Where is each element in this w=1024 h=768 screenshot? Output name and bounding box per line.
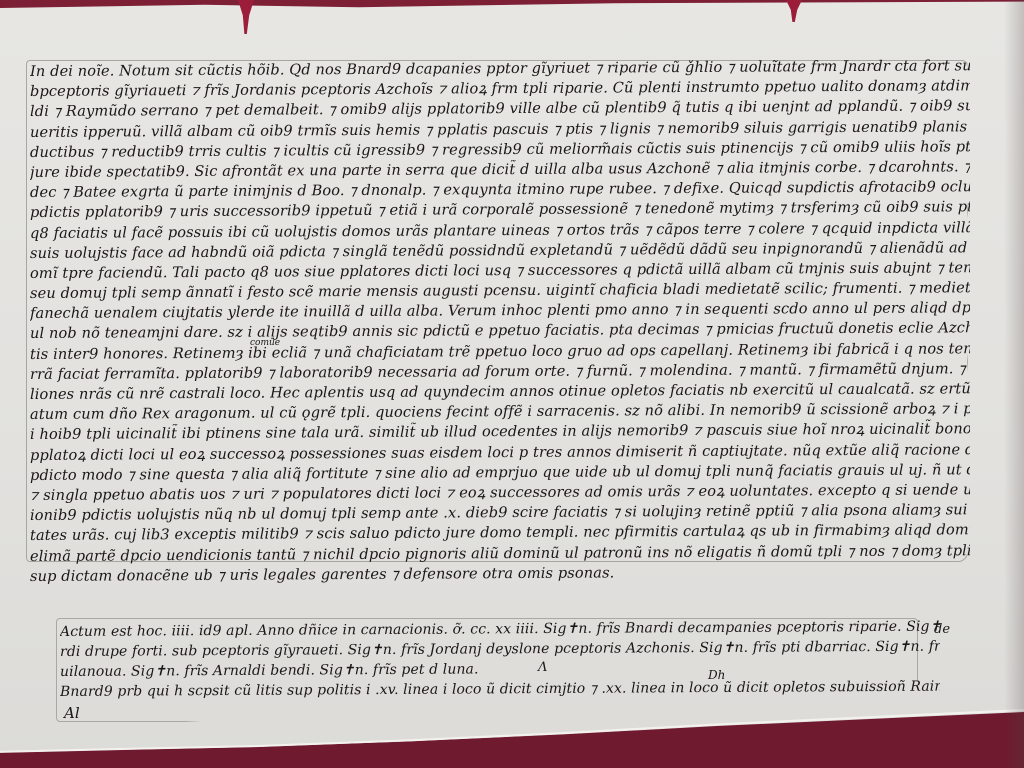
right-margin-note: de	[934, 622, 950, 637]
caret-mark-2: Dh	[708, 668, 725, 682]
interlinear-note: comũe	[250, 338, 280, 348]
closing-section-text: Actum est hoc. iiii. id9 apl. Anno dñice…	[60, 622, 940, 702]
wax-drip-right	[786, 0, 802, 22]
frame-shadow	[1004, 0, 1024, 768]
document-photo: In dei noĩe. Notum sit cũctis hõib. Qd n…	[0, 0, 1024, 768]
charter-body-text: In dei noĩe. Notum sit cũctis hõib. Qd n…	[30, 62, 970, 587]
closing-line: Bnard9 prb qui h scpsit cũ litis sup pol…	[60, 677, 940, 702]
bottom-left-note: Al	[64, 704, 80, 722]
top-maroon-mount	[0, 0, 1024, 8]
wax-drip-left	[238, 0, 254, 34]
caret-mark: Λ	[538, 660, 547, 675]
